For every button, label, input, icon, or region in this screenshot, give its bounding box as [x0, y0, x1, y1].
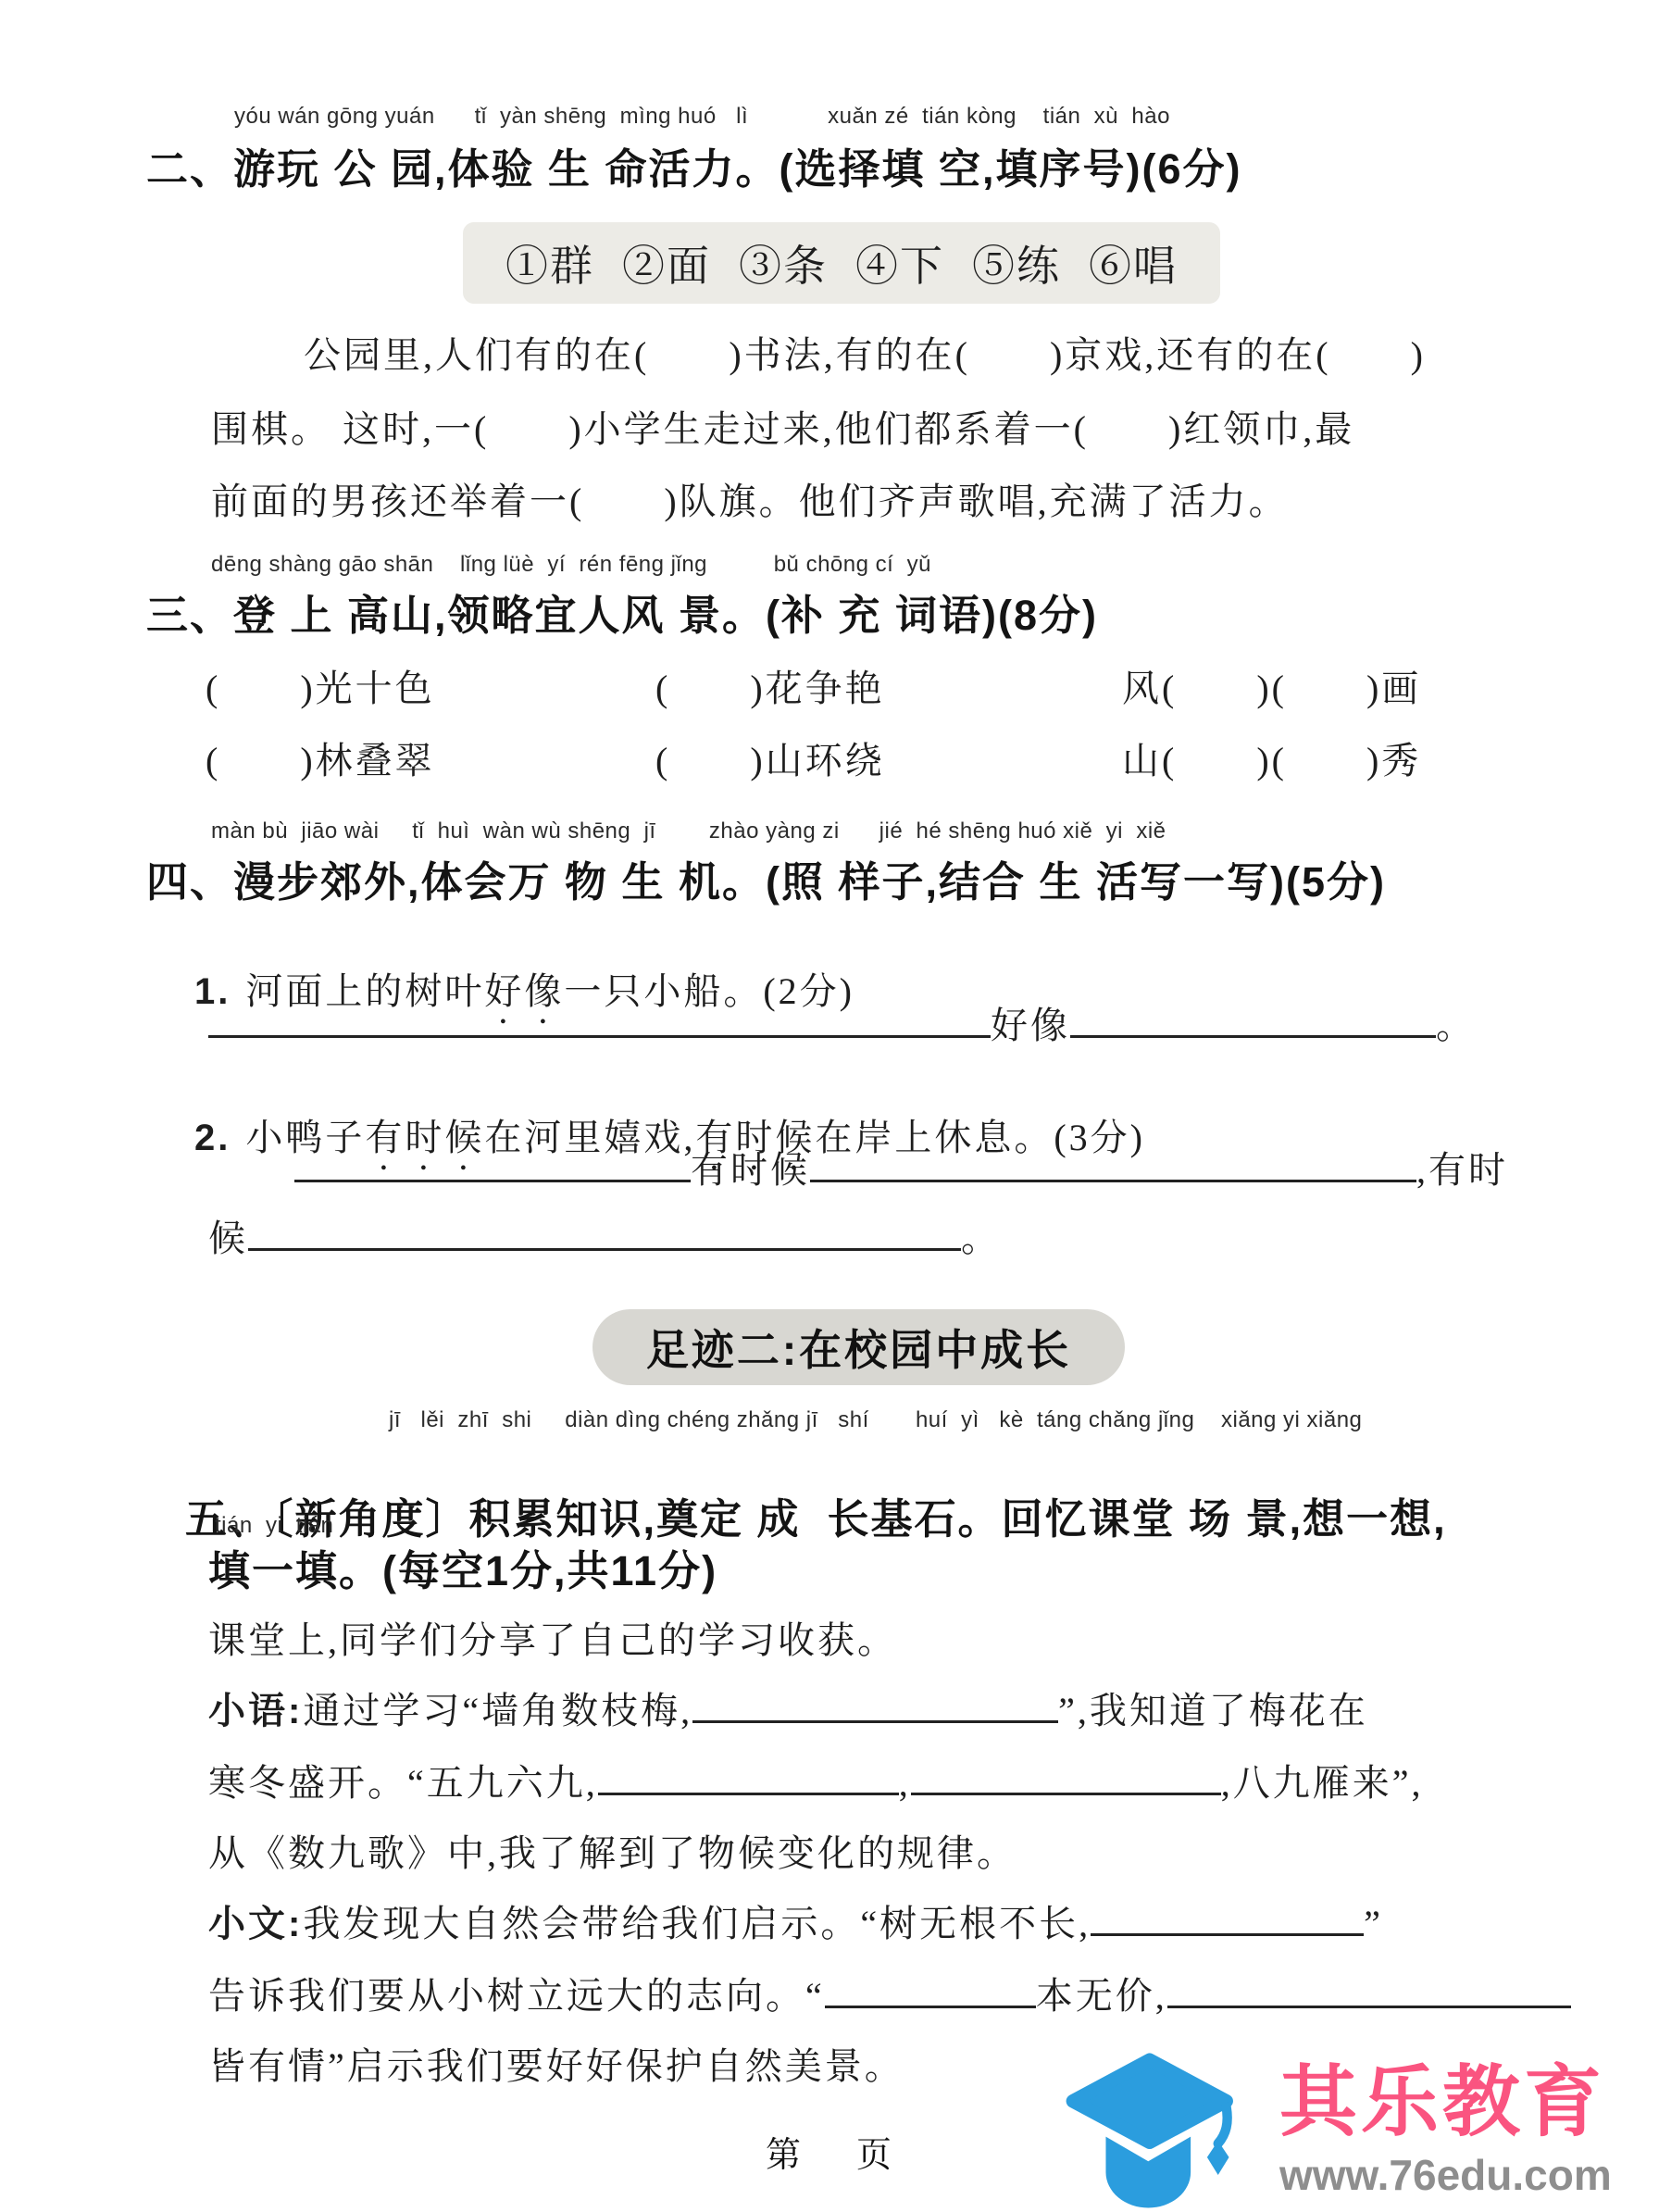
brand-url: www.76edu.com — [1279, 2150, 1612, 2200]
option-item: ④下 — [855, 232, 944, 294]
answer-line-1: 好像 。 — [208, 996, 1571, 1049]
brand-name: 其乐教育 — [1279, 2063, 1612, 2141]
text-segment: ” — [1364, 1902, 1383, 1945]
section5-heading-2: 填一填。(每空1分,共11分) — [208, 1537, 717, 1597]
section2-heading: 二、游玩 公 园,体验 生 命活力。(选择填 空,填序号)(6分) — [146, 135, 1242, 195]
text-segment: 本无价, — [1036, 1967, 1167, 2019]
paragraph-line: 围棋。 这时,一( )小学生走过来,他们都系着一( )红领巾,最 — [211, 400, 1354, 453]
text-line: 课堂上,同学们分享了自己的学习收获。 — [208, 1611, 897, 1664]
speaker-name: 小文: — [208, 1894, 303, 1947]
blank-line — [294, 1178, 691, 1182]
text-segment: 通过学习“墙角数枝梅, — [303, 1681, 692, 1734]
footer-page-suffix: 页 — [856, 2136, 893, 2175]
banner-label: 足迹二:在校园中成长 — [646, 1317, 1071, 1378]
answer-line-2: 有时候 ,有时 — [294, 1141, 1571, 1193]
text-segment: ,八九雁来”, — [1221, 1754, 1424, 1806]
connector-word: ,有时 — [1416, 1141, 1508, 1193]
fill-word-cell: 山( )( )秀 — [1122, 731, 1421, 784]
section3-pinyin: dēng shàng gāo shān lǐng lüè yí rén fēng… — [211, 552, 931, 578]
text-segment: ”,我知道了梅花在 — [1058, 1681, 1368, 1734]
option-item: ⑤练 — [972, 232, 1061, 294]
blank-line — [208, 1033, 991, 1038]
text-segment: , — [899, 1761, 911, 1805]
text-line: 从《数九歌》中,我了解到了物候变化的规律。 — [208, 1824, 1017, 1877]
item-number: 2. — [194, 1118, 231, 1158]
fill-word-cell: ( )光十色 — [206, 659, 435, 712]
section5-pinyin: jī lěi zhī shi diàn dìng chéng zhǎng jī … — [389, 1407, 1362, 1433]
option-item: ⑥唱 — [1089, 232, 1178, 294]
blank-line — [1091, 1931, 1364, 1936]
blank-line — [825, 2004, 1036, 2008]
word-options-box: ①群 ②面 ③条 ④下 ⑤练 ⑥唱 — [463, 222, 1220, 304]
answer-line-3: 候 。 — [208, 1209, 1001, 1262]
blank-line — [1070, 1033, 1436, 1038]
paragraph-line: 公园里,人们有的在( )书法,有的在( )京戏,还有的在( ) — [304, 326, 1426, 379]
fill-word-cell: ( )林叠翠 — [206, 731, 435, 784]
text-segment: 告诉我们要从小树立远大的志向。“ — [208, 1967, 825, 2019]
period: 。 — [961, 1209, 1001, 1262]
text-line: 皆有情”启示我们要好好保护自然美景。 — [208, 2037, 904, 2090]
brand-text-block: 其乐教育 www.76edu.com — [1279, 2063, 1612, 2200]
unit-banner: 足迹二:在校园中成长 — [592, 1309, 1125, 1385]
section5-pinyin-2: tián yi tián — [215, 1513, 333, 1539]
period: 。 — [1436, 996, 1476, 1049]
option-item: ②面 — [622, 232, 711, 294]
paragraph-line: 前面的男孩还举着一( )队旗。他们齐声歌唱,充满了活力。 — [211, 472, 1289, 525]
blank-line — [911, 1791, 1221, 1795]
worksheet-page: yóu wán gōng yuán tǐ yàn shēng mìng huó … — [0, 0, 1659, 2212]
connector-word: 有时候 — [691, 1141, 810, 1193]
section4-pinyin: màn bù jiāo wài tǐ huì wàn wù shēng jī z… — [211, 819, 1166, 844]
connector-word: 候 — [208, 1209, 248, 1262]
text-segment: 我发现大自然会带给我们启示。“树无根不长, — [303, 1894, 1091, 1947]
section3-heading: 三、登 上 高山,领略宜人风 景。(补 充 词语)(8分) — [146, 581, 1098, 642]
blank-line — [810, 1178, 1416, 1182]
fill-line: 寒冬盛开。“五九六九, , ,八九雁来”, — [208, 1754, 1571, 1806]
blank-line — [248, 1246, 961, 1251]
section4-heading: 四、漫步郊外,体会万 物 生 机。(照 样子,结合 生 活写一写)(5分) — [146, 848, 1386, 908]
speaker-name: 小语: — [208, 1681, 303, 1734]
fill-line: 告诉我们要从小树立远大的志向。“ 本无价, — [208, 1967, 1571, 2019]
section2-pinyin: yóu wán gōng yuán tǐ yàn shēng mìng huó … — [234, 104, 1170, 130]
graduation-cap-icon — [1065, 2052, 1270, 2212]
option-item: ①群 — [505, 232, 594, 294]
blank-line — [1167, 2004, 1571, 2008]
blank-line — [692, 1718, 1058, 1723]
fill-word-cell: ( )山环绕 — [655, 731, 885, 784]
fill-word-cell: 风( )( )画 — [1122, 659, 1421, 712]
fill-line: 小语: 通过学习“墙角数枝梅, ”,我知道了梅花在 — [208, 1681, 1571, 1734]
text-segment: 寒冬盛开。“五九六九, — [208, 1754, 598, 1806]
blank-line — [598, 1791, 899, 1795]
option-item: ③条 — [739, 232, 828, 294]
brand-logo: 其乐教育 www.76edu.com — [1065, 2052, 1612, 2212]
heading-text: 积累知识,奠定 成 长基石。回忆课堂 场 景,想一想, — [469, 1495, 1447, 1543]
footer-page-prefix: 第 — [766, 2136, 803, 2175]
fill-word-cell: ( )花争艳 — [655, 659, 885, 712]
connector-word: 好像 — [991, 996, 1070, 1049]
fill-line: 小文: 我发现大自然会带给我们启示。“树无根不长, ” — [208, 1894, 1571, 1947]
